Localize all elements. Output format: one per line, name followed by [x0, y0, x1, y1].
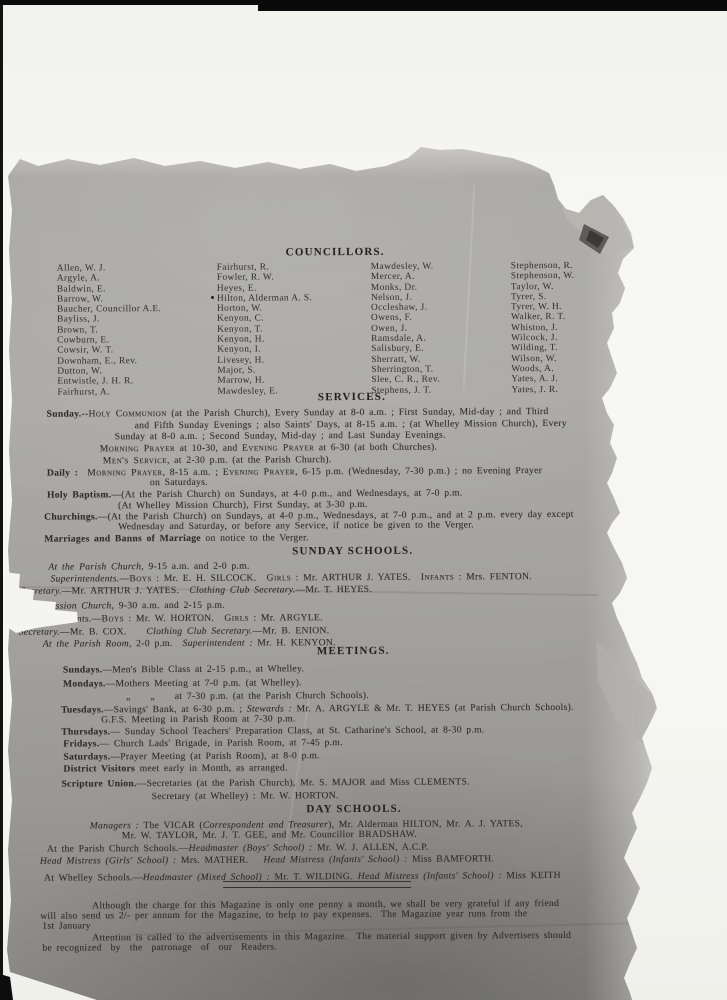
text-line: At the Parish Church, 9-15 a.m. and 2-0 …: [48, 559, 665, 572]
text-line: Secretary.—Mr. B. COX. Clothing Club Sec…: [19, 624, 666, 637]
text-line: Scripture Union.—Secretaries (at the Par…: [61, 776, 666, 789]
text-line: be recognized by the patronage of our Re…: [42, 940, 667, 953]
councillor-name: Marrow, H.: [217, 376, 312, 387]
councillor-name: Livesey, H.: [217, 355, 312, 366]
councillor-name: Owens, F.: [371, 313, 440, 324]
councillor-name: Hilton, Alderman A. S.: [217, 293, 312, 304]
text-line: Mondays.—Mothers Meeting at 7-0 p.m. (at…: [63, 676, 666, 689]
section-meetings: MEETINGS. Sundays.—Men's Bible Class at …: [41, 643, 667, 802]
section-sunday-schools: SUNDAY SCHOOLS. At the Parish Church, 9-…: [40, 543, 666, 649]
councillor-name: Major, S.: [217, 365, 312, 376]
councillor-name: Monks, Dr.: [371, 282, 440, 293]
councillor-name: Tyrer, W. H.: [511, 302, 575, 313]
councillor-name: Dutton, W.: [57, 366, 161, 377]
councillor-name: Bayliss, J.: [57, 315, 161, 326]
councillor-name: Heyes, E.: [217, 283, 312, 294]
double-rule: [223, 881, 411, 888]
text-line: Mr. W. TAYLOR, Mr. J. T. GEE, and Mr. Co…: [122, 828, 667, 841]
section-title: DAY SCHOOLS.: [42, 801, 667, 817]
text-line: Men's Service, at 2-30 p.m. (at the Pari…: [103, 453, 665, 466]
text-line: Morning Prayer at 10-30, and Evening Pra…: [100, 441, 665, 454]
text-line: Saturdays.—Prayer Meeting (at Parish Roo…: [63, 749, 666, 762]
text-line: At the Mission Church, 9-30 a.m. and 2-1…: [14, 598, 666, 611]
councillor-name: Kenyon, H.: [217, 334, 312, 345]
text-line: Fridays.— Church Lads' Brigade, in Paris…: [63, 736, 666, 749]
councillor-name: Occleshaw, J.: [371, 303, 440, 314]
text-line: Sunday.--Holy Communion (at the Parish C…: [47, 406, 665, 419]
councillor-name: Taylor, W.: [511, 281, 575, 292]
text-line: Secretary (at Whelley) : Mr. W. HORTON.: [152, 789, 667, 802]
section-title: MEETINGS.: [41, 643, 666, 659]
text-line: „ „ at 7-30 p.m. (at the Parish Church S…: [126, 689, 666, 702]
councillor-name: Allen, W. J.: [57, 263, 161, 274]
text-line: At the Parish Church Schools.—Headmaster…: [47, 841, 667, 854]
section-lines: At the Parish Church, 9-15 a.m. and 2-0 …: [40, 559, 665, 649]
text-line: Secretary.—Mr. ARTHUR J. YATES. Clothing…: [20, 583, 665, 596]
ink-speck: [211, 296, 214, 299]
councillor-name: Kenyon, T.: [217, 324, 312, 335]
councillor-name: Wilcock, J.: [511, 333, 575, 344]
scanned-page: COUNCILLORS. Allen, W. J.Argyle, A.Baldw…: [0, 0, 727, 1000]
scanner-edge-top-right: [258, 0, 727, 11]
councillor-name: Cowburn, E.: [57, 335, 161, 346]
councillor-name: Fowler, R. W.: [217, 273, 312, 284]
councillor-name: Baldwin, E.: [57, 284, 161, 295]
section-title: COUNCILLORS.: [23, 245, 648, 261]
councillor-name: Sherratt, W.: [371, 354, 440, 365]
councillor-name: Ramsdale, A.: [371, 334, 440, 345]
text-line: G.F.S. Meeting in Parish Room at 7-30 p.…: [101, 712, 666, 725]
councillor-name: Baucher, Councillor A.E.: [57, 304, 161, 315]
councillors-columns: Allen, W. J.Argyle, A.Baldwin, E.Barrow,…: [39, 260, 665, 395]
councillor-name: Cowsir, W. T.: [57, 345, 161, 356]
text-line: Superintendents.—Boys : Mr. E. H. SILCOC…: [50, 571, 665, 584]
councillor-column: Stephenson, R.Stephenson, W.Taylor, W.Ty…: [511, 261, 575, 395]
councillor-name: Nelson, J.: [371, 292, 440, 303]
section-lines: Managers : The VICAR (Correspondent and …: [42, 818, 667, 883]
section-services: SERVICES. Sunday.--Holy Communion (at th…: [39, 389, 665, 544]
section-lines: Sundays.—Men's Bible Class at 2-15 p.m.,…: [41, 662, 667, 802]
councillor-name: Downham, E., Rev.: [57, 356, 161, 367]
section-footer-notice: Although the charge for this Magazine is…: [42, 893, 667, 953]
printed-content: COUNCILLORS. Allen, W. J.Argyle, A.Baldw…: [0, 0, 727, 1000]
councillor-name: Wilding, T.: [511, 343, 575, 354]
text-line: District Visitors meet early in Month, a…: [63, 761, 666, 774]
section-lines: Sunday.--Holy Communion (at the Parish C…: [40, 406, 666, 544]
councillor-name: Kenyon, C.: [217, 314, 312, 325]
councillor-name: Kenyon, I.: [217, 345, 312, 356]
councillor-name: Barrow, W.: [57, 294, 161, 305]
section-title: SUNDAY SCHOOLS.: [40, 543, 665, 559]
councillor-column: Fairhurst, R.Fowler, R. W.Heyes, E.Hilto…: [217, 262, 313, 396]
councillor-name: Argyle, A.: [57, 273, 161, 284]
councillor-name: Owen, J.: [371, 323, 440, 334]
scanner-edge-left: [0, 4, 3, 1000]
section-lines: Although the charge for this Magazine is…: [42, 898, 667, 953]
councillor-name: Slee, C. R., Rev.: [371, 375, 440, 386]
text-line: Sundays.—Men's Bible Class at 2-15 p.m.,…: [63, 662, 666, 675]
councillor-name: Entwistle, J. H. R.: [57, 376, 161, 387]
section-title: SERVICES.: [39, 389, 664, 405]
councillor-name: Whiston, J.: [511, 323, 575, 334]
section-councillors: COUNCILLORS. Allen, W. J.Argyle, A.Baldw…: [39, 244, 665, 395]
councillor-name: Wilson, W.: [511, 354, 575, 365]
councillor-name: Stephenson, R.: [511, 261, 575, 272]
councillor-name: Stephenson, W.: [511, 271, 575, 282]
text-line: Thursdays.— Sunday School Teachers' Prep…: [61, 724, 666, 737]
text-line: Wednesday and Saturday, or before any Se…: [118, 519, 665, 532]
councillor-name: Tyrer, S.: [511, 292, 575, 303]
councillor-name: Sherrington, T.: [371, 365, 440, 376]
councillor-name: Walker, R. T.: [511, 312, 575, 323]
text-line: Head Mistress (Girls' School) : Mrs. MAT…: [40, 853, 667, 866]
councillor-column: Mawdesley, W.Mercer, A.Monks, Dr.Nelson,…: [371, 262, 440, 396]
councillor-name: Fairhurst, R.: [217, 262, 312, 273]
councillor-name: Woods, A.: [511, 364, 575, 375]
councillor-name: Salisbury, E.: [371, 344, 440, 355]
councillor-name: Yates, A. J.: [511, 374, 575, 385]
section-day-schools: DAY SCHOOLS. Managers : The VICAR (Corre…: [42, 801, 667, 883]
councillor-name: Mawdesley, W.: [371, 262, 440, 273]
councillor-name: Mercer, A.: [371, 272, 440, 283]
councillor-column: Allen, W. J.Argyle, A.Baldwin, E.Barrow,…: [57, 263, 162, 397]
text-line: Sunday at 8-0 a.m. ; Second Sunday, Mid-…: [115, 429, 665, 442]
text-line: Marriages and Banns of Marriage on notic…: [44, 531, 665, 544]
councillor-name: Horton, W.: [217, 303, 312, 314]
text-line: Superintendents.—Boys : Mr. W. HORTON. G…: [23, 611, 666, 624]
councillor-name: Brown, T.: [57, 325, 161, 336]
